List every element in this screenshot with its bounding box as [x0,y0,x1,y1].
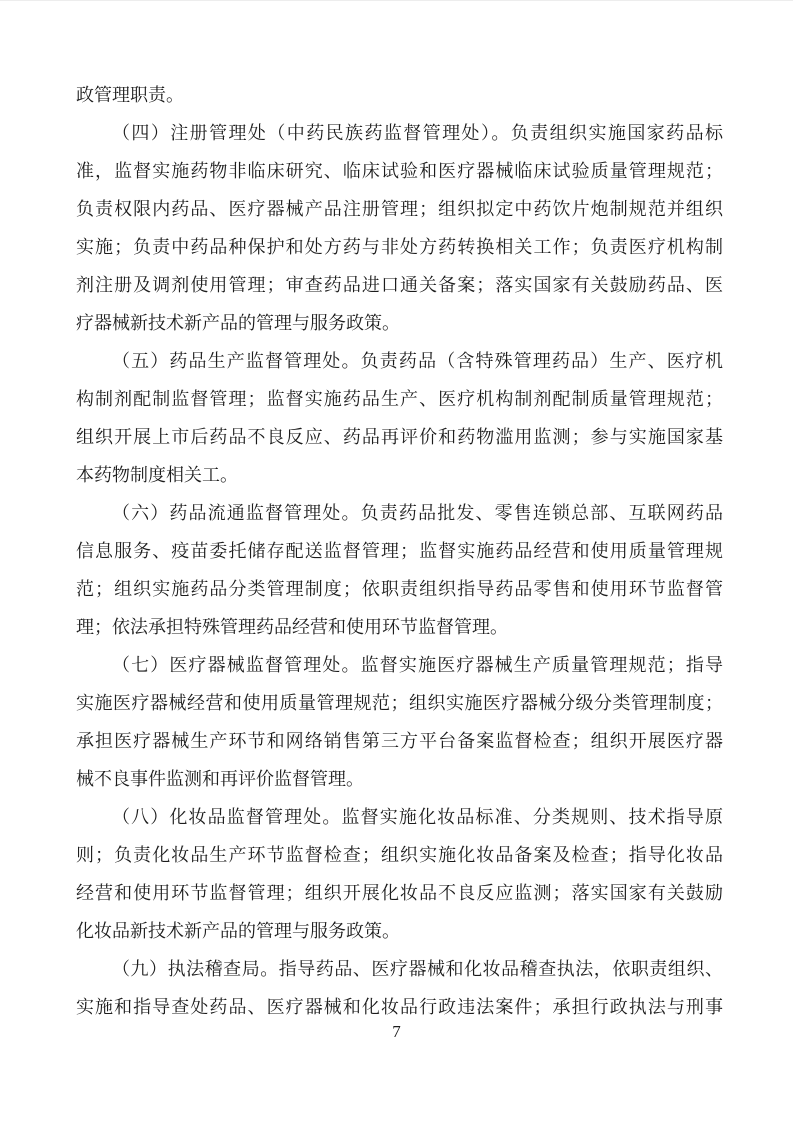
document-page: 政管理职责。 （四）注册管理处（中药民族药监督管理处）。负责组织实施国家药品标 … [0,0,793,1122]
text-line: 准，监督实施药物非临床研究、临床试验和医疗器械临床试验质量管理规范； [76,152,723,190]
paragraph: （八）化妆品监督管理处。监督实施化妆品标准、分类规则、技术指导原 则；负责化妆品… [76,798,723,950]
text-line: 实施医疗器械经营和使用质量管理规范；组织实施医疗器械分级分类管理制度； [76,684,723,722]
text-line: （四）注册管理处（中药民族药监督管理处）。负责组织实施国家药品标 [76,114,723,152]
text-line: 负责权限内药品、医疗器械产品注册管理；组织拟定中药饮片炮制规范并组织 [76,190,723,228]
text-line: 承担医疗器械生产环节和网络销售第三方平台备案监督检查；组织开展医疗器 [76,722,723,760]
text-line: 实施；负责中药品种保护和处方药与非处方药转换相关工作；负责医疗机构制 [76,228,723,266]
text-line: 理；依法承担特殊管理药品经营和使用环节监督管理。 [76,608,723,646]
text-line: 化妆品新技术新产品的管理与服务政策。 [76,912,723,950]
text-line: 经营和使用环节监督管理；组织开展化妆品不良反应监测；落实国家有关鼓励 [76,874,723,912]
text-line: 械不良事件监测和再评价监督管理。 [76,760,723,798]
paragraph: （七）医疗器械监督管理处。监督实施医疗器械生产质量管理规范；指导 实施医疗器械经… [76,646,723,798]
paragraph: （四）注册管理处（中药民族药监督管理处）。负责组织实施国家药品标 准，监督实施药… [76,114,723,342]
text-line: 剂注册及调剂使用管理；审查药品进口通关备案；落实国家有关鼓励药品、医 [76,266,723,304]
text-line: （八）化妆品监督管理处。监督实施化妆品标准、分类规则、技术指导原 [76,798,723,836]
text-line: 疗器械新技术新产品的管理与服务政策。 [76,304,723,342]
text-line: （五）药品生产监督管理处。负责药品（含特殊管理药品）生产、医疗机 [76,342,723,380]
paragraph: （九）执法稽查局。指导药品、医疗器械和化妆品稽查执法，依职责组织、 实施和指导查… [76,950,723,1026]
page-number: 7 [0,1020,793,1044]
document-body-text: 政管理职责。 （四）注册管理处（中药民族药监督管理处）。负责组织实施国家药品标 … [76,76,723,1026]
scan-edge-line [0,0,793,1]
text-line: 本药物制度相关工。 [76,456,723,494]
paragraph: （六）药品流通监督管理处。负责药品批发、零售连锁总部、互联网药品 信息服务、疫苗… [76,494,723,646]
text-line: 范；组织实施药品分类管理制度；依职责组织指导药品零售和使用环节监督管 [76,570,723,608]
text-line: （九）执法稽查局。指导药品、医疗器械和化妆品稽查执法，依职责组织、 [76,950,723,988]
text-line: （七）医疗器械监督管理处。监督实施医疗器械生产质量管理规范；指导 [76,646,723,684]
text-line: 则；负责化妆品生产环节监督检查；组织实施化妆品备案及检查；指导化妆品 [76,836,723,874]
paragraph: （五）药品生产监督管理处。负责药品（含特殊管理药品）生产、医疗机 构制剂配制监督… [76,342,723,494]
text-line: （六）药品流通监督管理处。负责药品批发、零售连锁总部、互联网药品 [76,494,723,532]
text-line: 构制剂配制监督管理；监督实施药品生产、医疗机构制剂配制质量管理规范； [76,380,723,418]
text-line: 政管理职责。 [76,76,723,114]
text-line: 信息服务、疫苗委托储存配送监督管理；监督实施药品经营和使用质量管理规 [76,532,723,570]
text-line: 组织开展上市后药品不良反应、药品再评价和药物滥用监测；参与实施国家基 [76,418,723,456]
paragraph: 政管理职责。 [76,76,723,114]
